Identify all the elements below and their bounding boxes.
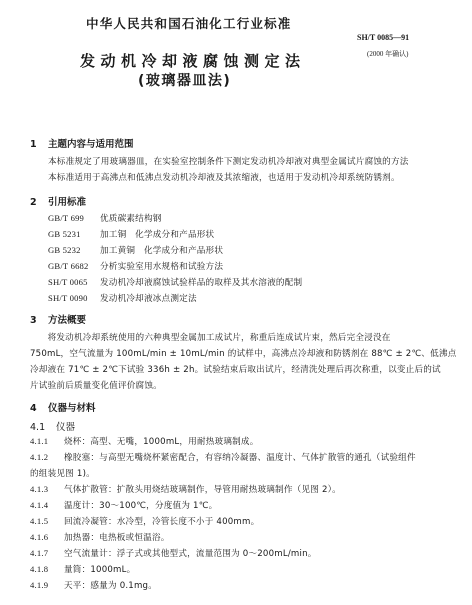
item-number: 4.1.7 <box>30 548 64 558</box>
instrument-item: 4.1.4温度计：30～100℃，分度值为 1℃。 <box>30 499 217 511</box>
paragraph-line: 750mL，空气流量为 100mL/min ± 10mL/min 的试样中，高沸… <box>30 347 457 359</box>
instrument-item-continued: 的组装见图 1)。 <box>30 467 95 479</box>
reference-item: GB/T 699优质碳素结构钢 <box>48 212 162 224</box>
item-number: 4.1.8 <box>30 564 64 574</box>
paragraph-line: 本标准适用于高沸点和低沸点发动机冷却液及其浓缩液，也适用于发动机冷却系统防锈剂。 <box>48 171 400 183</box>
reference-code: GB/T 699 <box>48 213 100 223</box>
document-subtitle: (玻璃器皿法) <box>138 70 231 90</box>
subsection-number: 4.1 <box>30 422 56 433</box>
section-number: 2 <box>30 197 48 208</box>
document-title: 发动机冷却液腐蚀测定法 <box>80 50 306 71</box>
standard-number: SH/T 0085—91 <box>357 33 409 42</box>
reference-code: GB/T 6682 <box>48 261 100 271</box>
revision-note: (2000 年确认) <box>367 49 408 59</box>
item-number: 4.1.3 <box>30 484 64 494</box>
reference-item: GB 5232加工黄铜 化学成分和产品形状 <box>48 244 223 256</box>
item-number: 4.1.9 <box>30 580 64 590</box>
paragraph-line: 片试验前后质量变化值评价腐蚀。 <box>30 379 162 391</box>
item-number: 4.1.1 <box>30 436 64 446</box>
instrument-item: 4.1.2橡胶塞：与高型无嘴烧杯紧密配合，有容纳冷凝器、温度计、气体扩散管的通孔… <box>30 451 416 463</box>
subsection-title: 仪器 <box>56 422 75 433</box>
section-2-heading: 2引用标准 <box>30 194 86 208</box>
section-3-heading: 3方法概要 <box>30 312 86 326</box>
item-text: 加热器：电热板或恒温浴。 <box>64 533 170 543</box>
section-title: 引用标准 <box>48 197 86 208</box>
reference-title: 发动机冷却液腐蚀试验样品的取样及其水溶液的配制 <box>100 278 302 288</box>
item-text: 空气流量计：浮子式或其他型式，流量范围为 0～200mL/min。 <box>64 549 317 559</box>
section-number: 4 <box>30 403 48 414</box>
section-title: 仪器与材料 <box>48 403 96 414</box>
section-number: 1 <box>30 139 48 150</box>
section-1-heading: 1主题内容与适用范围 <box>30 136 134 150</box>
reference-item: GB 5231加工铜 化学成分和产品形状 <box>48 228 214 240</box>
issuing-organization: 中华人民共和国石油化工行业标准 <box>86 14 292 32</box>
instrument-item: 4.1.8量筒：1000mL。 <box>30 563 135 575</box>
item-text: 气体扩散管：扩散头用烧结玻璃制作，导管用耐热玻璃制作（见图 2）。 <box>64 485 341 495</box>
reference-title: 加工黄铜 化学成分和产品形状 <box>100 246 223 256</box>
item-text: 天平：感量为 0.1mg。 <box>64 581 157 591</box>
item-text: 温度计：30～100℃，分度值为 1℃。 <box>64 501 217 511</box>
item-text: 的组装见图 1)。 <box>30 469 95 479</box>
reference-code: SH/T 0090 <box>48 293 100 303</box>
reference-item: SH/T 0065发动机冷却液腐蚀试验样品的取样及其水溶液的配制 <box>48 276 302 288</box>
section-title: 方法概要 <box>48 315 86 326</box>
section-number: 3 <box>30 315 48 326</box>
paragraph-line: 本标准规定了用玻璃器皿，在实验室控制条件下测定发动机冷却液对典型金属试片腐蚀的方… <box>48 155 409 167</box>
reference-code: GB 5232 <box>48 245 100 255</box>
section-4-heading: 4仪器与材料 <box>30 400 96 414</box>
item-text: 回流冷凝管：水冷型，冷管长度不小于 400mm。 <box>64 517 259 527</box>
section-title: 主题内容与适用范围 <box>48 139 134 150</box>
item-text: 橡胶塞：与高型无嘴烧杯紧密配合，有容纳冷凝器、温度计、气体扩散管的通孔（试验组件 <box>64 453 416 463</box>
reference-title: 加工铜 化学成分和产品形状 <box>100 230 214 240</box>
instrument-item: 4.1.1烧杯：高型、无嘴，1000mL，用耐热玻璃制成。 <box>30 435 259 447</box>
instrument-item: 4.1.6加热器：电热板或恒温浴。 <box>30 531 170 543</box>
subsection-4-1-heading: 4.1仪器 <box>30 419 75 433</box>
item-number: 4.1.6 <box>30 532 64 542</box>
item-number: 4.1.5 <box>30 516 64 526</box>
reference-title: 发动机冷却液冰点测定法 <box>100 294 197 304</box>
item-number: 4.1.2 <box>30 452 64 462</box>
paragraph-line: 将发动机冷却系统使用的六种典型金属加工成试片，称重后连成试片束，然后完全浸没在 <box>30 331 391 343</box>
instrument-item: 4.1.3气体扩散管：扩散头用烧结玻璃制作，导管用耐热玻璃制作（见图 2）。 <box>30 483 341 495</box>
paragraph-line: 冷却液在 71℃ ± 2℃下试验 336h ± 2h。试验结束后取出试片，经清洗… <box>30 363 441 375</box>
item-number: 4.1.4 <box>30 500 64 510</box>
item-text: 烧杯：高型、无嘴，1000mL，用耐热玻璃制成。 <box>64 437 259 447</box>
instrument-item: 4.1.7空气流量计：浮子式或其他型式，流量范围为 0～200mL/min。 <box>30 547 317 559</box>
reference-item: SH/T 0090发动机冷却液冰点测定法 <box>48 292 197 304</box>
reference-item: GB/T 6682分析实验室用水规格和试验方法 <box>48 260 223 272</box>
reference-code: SH/T 0065 <box>48 277 100 287</box>
reference-code: GB 5231 <box>48 229 100 239</box>
instrument-item: 4.1.9天平：感量为 0.1mg。 <box>30 579 157 591</box>
reference-title: 分析实验室用水规格和试验方法 <box>100 262 223 272</box>
instrument-item: 4.1.5回流冷凝管：水冷型，冷管长度不小于 400mm。 <box>30 515 259 527</box>
item-text: 量筒：1000mL。 <box>64 565 135 575</box>
reference-title: 优质碳素结构钢 <box>100 214 162 224</box>
